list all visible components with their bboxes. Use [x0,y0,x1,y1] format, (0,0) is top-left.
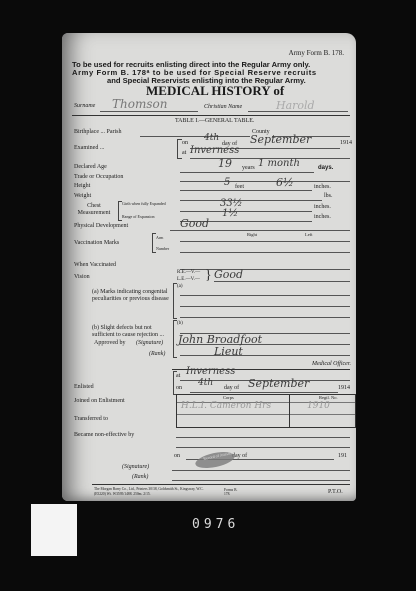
chest-range-value: 1½ [222,208,238,219]
defects-b-label: (b) Slight defects but not sufficient to… [92,325,174,339]
vaccination-label: Vaccination Marks [74,240,119,246]
table-title: TABLE I.—GENERAL TABLE. [175,118,254,124]
marks-a-label: (a) Marks indicating congenital peculiar… [92,289,172,303]
form-ref: Army Form B. 178. [289,49,344,57]
chest-range-unit: inches. [314,214,331,220]
age-days-label: days. [318,165,333,171]
footer-printer: The Morgan Barry Co., Ltd., Printers 30/… [94,487,204,491]
when-vaccinated-label: When Vaccinated [74,262,116,268]
examined-on-label: on [182,140,188,146]
regtl-header: Regtl. No. [319,395,338,400]
noneffective-on-label: on [174,453,180,459]
noneffective-rank-label: (Rank) [132,474,148,480]
trade-label: Trade or Occupation [74,174,123,180]
approved-rank-label: (Rank) [149,351,165,357]
enlisted-on-label: on [176,385,182,391]
chest-girth-unit: inches. [314,204,331,210]
weight-label: Weight [74,193,91,199]
approved-signature-label: (Signature) [136,340,163,346]
height-inches-label: inches. [314,184,331,190]
medical-history-form: Army Form B. 178. To be used for recruit… [62,33,356,501]
surname-value: Thomson [112,97,167,111]
transferred-label: Transferred to [74,416,108,422]
age-months: 1 month [258,158,300,169]
approved-rank: Lieut [214,345,243,358]
noneffective-label: Became non-effective by [74,432,134,438]
examined-year: 1914 [340,140,352,146]
christian-name-label: Christian Name [204,104,242,110]
height-inches: 6½ [276,176,294,189]
physical-label: Physical Development [74,223,128,229]
chest-label: Chest Measurement [74,203,114,217]
corps-table: Corps Regtl. No. H.L.I. Cameron Hrs 1910 [176,394,356,428]
defects-b-tag: (b) [177,321,183,326]
vision-brace: } [205,268,212,284]
vacc-left-label: Left [305,232,313,237]
examined-at-label: at [182,150,186,156]
joined-label: Joined on Enlistment [74,398,125,404]
enlisted-day: 4th [198,378,213,388]
vision-re: R.E.—V.— [177,270,200,275]
enlisted-label: Enlisted [74,384,94,390]
enlisted-dayof-label: day of [224,385,239,391]
physical-value: Good [180,217,209,230]
enlisted-month: September [248,377,309,390]
christian-name-value: Harold [276,99,315,112]
regtl-value: 1910 [307,401,330,411]
corps-value: H.L.I. Cameron Hrs [181,401,271,411]
height-feet: 5 [224,177,230,188]
vacc-right-label: Right [247,232,257,237]
vacc-number-label: Number [156,246,169,251]
surname-label: Surname [74,103,95,109]
age-years: 19 [218,157,232,170]
vision-value: Good [214,268,243,281]
noneffective-signature-label: (Signature) [122,464,149,470]
age-years-label: years [242,165,255,171]
footer-code: (E5220) Wt. W3595/1488. 250m. 2/15. [94,492,151,496]
pto-label: P.T.O. [328,489,343,495]
enlisted-place: Inverness [186,366,235,377]
chest-range-label: Range of Expansion [122,214,154,219]
corps-header: Corps [223,395,234,400]
examined-place: Inverness [190,145,239,156]
examined-day: 4th [204,133,219,143]
chest-girth-label: Girth when fully Expanded [122,201,166,206]
vision-le: L.E.—V.— [177,277,200,282]
calibration-square [31,504,77,556]
noneffective-year: 191 [338,453,347,459]
birthplace-label: Birthplace ... Parish [74,129,122,135]
enlisted-year: 1914 [338,385,350,391]
age-label: Declared Age [74,164,107,170]
marks-a-tag: (a) [177,284,183,289]
vision-label: Vision [74,274,90,280]
examined-label: Examined ... [74,145,104,151]
footer-forms: Forms B. 178. [224,488,240,496]
frame-number: 0976 [192,517,239,532]
approved-label: Approved by [94,340,126,346]
medical-officer-label: Medical Officer. [312,361,351,367]
weight-unit: lbs. [324,193,333,199]
height-label: Height [74,183,90,189]
examined-month: September [250,133,311,146]
vacc-arm-label: Arm [156,235,163,240]
